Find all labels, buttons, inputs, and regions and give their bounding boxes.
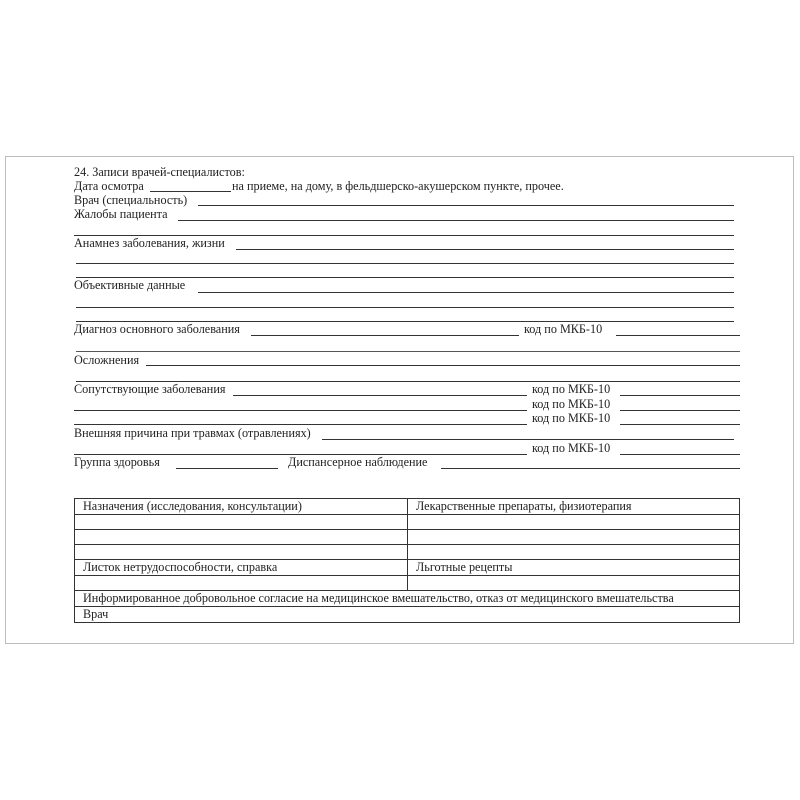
icd-code-label-4: код по МКБ-10	[532, 411, 610, 425]
external-cause-icd-field[interactable]	[620, 454, 740, 455]
exam-place-text: на приеме, на дому, в фельдшерско-акушер…	[232, 179, 564, 193]
anamnesis-field-line-2[interactable]	[76, 263, 734, 264]
table-row	[75, 515, 740, 530]
dispensary-field[interactable]	[441, 468, 740, 469]
drugs-cell[interactable]	[408, 530, 740, 545]
prescriptions-cell[interactable]	[75, 545, 408, 560]
doctor-signature-cell[interactable]: Врач	[75, 607, 740, 623]
drugs-header: Лекарственные препараты, физиотерапия	[408, 499, 740, 515]
main-diagnosis-label: Диагноз основного заболевания	[74, 322, 240, 336]
sick-leave-cell[interactable]	[75, 576, 408, 591]
drugs-cell[interactable]	[408, 515, 740, 530]
icd-code-label-2: код по МКБ-10	[532, 382, 610, 396]
dispensary-label: Диспансерное наблюдение	[288, 455, 427, 469]
table-row	[75, 530, 740, 545]
main-diagnosis-field[interactable]	[251, 335, 519, 336]
health-group-label: Группа здоровья	[74, 455, 160, 469]
table-row	[75, 576, 740, 591]
comorbidities-icd-field-2[interactable]	[620, 410, 740, 411]
comorbidities-field-line-3[interactable]	[74, 424, 527, 425]
sick-leave-header: Листок нетрудоспособности, справка	[75, 560, 408, 576]
doctor-specialty-field[interactable]	[198, 205, 734, 206]
preferential-rx-cell[interactable]	[408, 576, 740, 591]
icd-code-label-3: код по МКБ-10	[532, 397, 610, 411]
prescriptions-cell[interactable]	[75, 515, 408, 530]
complaints-field[interactable]	[178, 220, 734, 221]
comorbidities-label: Сопутствующие заболевания	[74, 382, 225, 396]
external-cause-field[interactable]	[322, 439, 734, 440]
comorbidities-field[interactable]	[233, 395, 527, 396]
consent-text: Информированное добровольное согласие на…	[75, 591, 740, 607]
main-diagnosis-icd-field[interactable]	[616, 335, 740, 336]
main-diagnosis-field-line-2[interactable]	[76, 351, 740, 352]
icd-code-label: код по МКБ-10	[524, 322, 602, 336]
comorbidities-icd-field-1[interactable]	[620, 395, 740, 396]
complications-field[interactable]	[146, 365, 740, 366]
table-row: Информированное добровольное согласие на…	[75, 591, 740, 607]
exam-date-label: Дата осмотра	[74, 179, 144, 193]
objective-label: Объективные данные	[74, 278, 185, 292]
comorbidities-field-line-2[interactable]	[74, 410, 527, 411]
anamnesis-label: Анамнез заболевания, жизни	[74, 236, 225, 250]
prescriptions-cell[interactable]	[75, 530, 408, 545]
objective-field[interactable]	[198, 292, 734, 293]
anamnesis-field[interactable]	[236, 249, 734, 250]
table-row	[75, 545, 740, 560]
doctor-specialty-label: Врач (специальность)	[74, 193, 187, 207]
drugs-cell[interactable]	[408, 545, 740, 560]
prescriptions-header: Назначения (исследования, консультации)	[75, 499, 408, 515]
comorbidities-icd-field-3[interactable]	[620, 424, 740, 425]
external-cause-label: Внешняя причина при травмах (отравлениях…	[74, 426, 311, 440]
exam-date-field[interactable]	[150, 191, 231, 192]
complications-label: Осложнения	[74, 353, 139, 367]
objective-field-line-2[interactable]	[76, 307, 734, 308]
prescriptions-table: Назначения (исследования, консультации) …	[74, 498, 740, 623]
table-row: Врач	[75, 607, 740, 623]
icd-code-label-5: код по МКБ-10	[532, 441, 610, 455]
table-row: Назначения (исследования, консультации) …	[75, 499, 740, 515]
complaints-label: Жалобы пациента	[74, 207, 168, 221]
table-row: Листок нетрудоспособности, справка Льгот…	[75, 560, 740, 576]
section-title: 24. Записи врачей-специалистов:	[74, 165, 245, 179]
health-group-field[interactable]	[176, 468, 278, 469]
preferential-rx-header: Льготные рецепты	[408, 560, 740, 576]
